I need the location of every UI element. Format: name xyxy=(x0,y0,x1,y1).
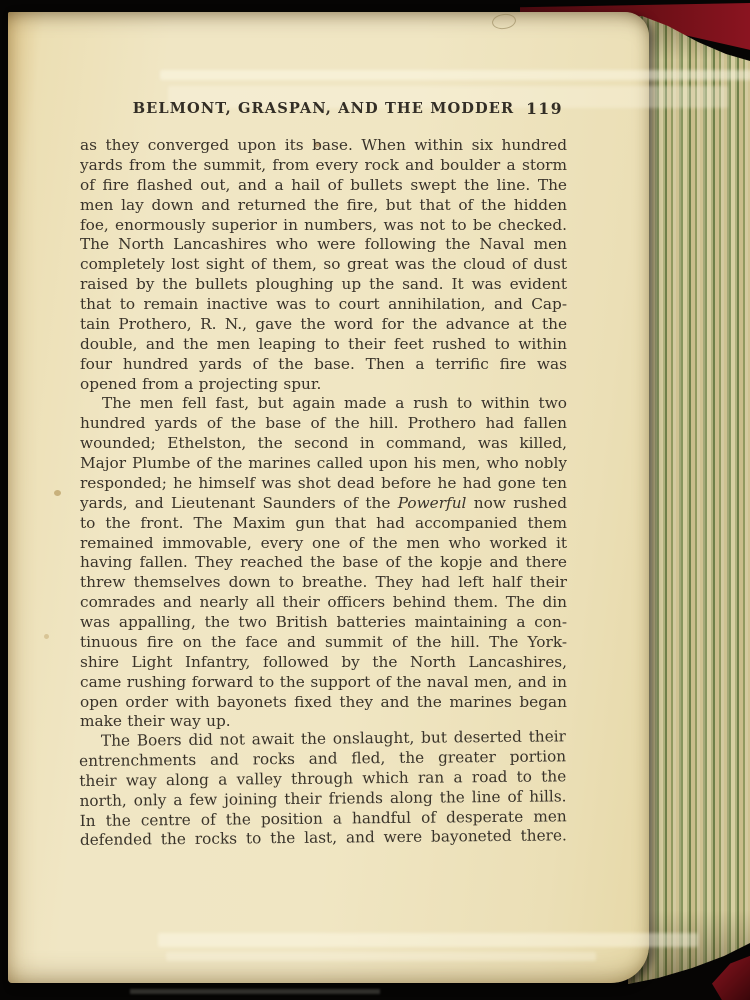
italic-text: Powerful xyxy=(398,494,467,512)
text-line: hundred yards of the base of the hill. P… xyxy=(80,414,567,434)
scan-artifact-ring xyxy=(491,12,517,30)
text-segment: now rushed xyxy=(466,494,567,512)
paragraph: The men fell fast, but again made a rush… xyxy=(80,394,567,732)
text-line: having fallen. They reached the base of … xyxy=(80,553,567,573)
text-line: to the front. The Maxim gun that had acc… xyxy=(80,514,567,534)
text-line: of fire flashed out, and a hail of bulle… xyxy=(80,176,567,196)
text-line: remained immovable, every one of the men… xyxy=(80,534,567,554)
foxing-spot xyxy=(44,634,49,639)
text-line: shire Light Infantry, followed by the No… xyxy=(80,653,567,673)
body-text: as they converged upon its base. When wi… xyxy=(80,136,567,852)
text-line: came rushing forward to the support of t… xyxy=(80,673,567,693)
text-line: four hundred yards of the base. Then a t… xyxy=(80,355,567,375)
chapter-title: BELMONT, GRASPAN, AND THE MODDER xyxy=(80,98,567,120)
book-page: BELMONT, GRASPAN, AND THE MODDER 119 as … xyxy=(8,12,649,983)
text-line: wounded; Ethelston, the second in comman… xyxy=(80,434,567,454)
scan-artifact-smudge xyxy=(130,989,380,994)
text-line: open order with bayonets fixed they and … xyxy=(80,693,567,713)
scan-artifact-streak xyxy=(160,70,750,80)
text-line: yards, and Lieutenant Saunders of the Po… xyxy=(80,494,567,514)
scan-artifact-streak xyxy=(158,933,698,947)
text-line: defended the rocks to the last, and were… xyxy=(80,827,567,852)
text-line: was appalling, the two British batteries… xyxy=(80,613,567,633)
text-line: tain Prothero, R. N., gave the word for … xyxy=(80,315,567,335)
paragraph: as they converged upon its base. When wi… xyxy=(80,136,567,394)
text-line: comrades and nearly all their officers b… xyxy=(80,593,567,613)
text-segment: yards, and Lieutenant Saunders of the xyxy=(80,494,398,512)
book-scan: BELMONT, GRASPAN, AND THE MODDER 119 as … xyxy=(0,0,750,1000)
text-line: yards from the summit, from every rock a… xyxy=(80,156,567,176)
text-line: tinuous fire on the face and summit of t… xyxy=(80,633,567,653)
page-number: 119 xyxy=(526,98,563,120)
foxing-spot xyxy=(54,490,61,496)
text-line: double, and the men leaping to their fee… xyxy=(80,335,567,355)
text-line: The men fell fast, but again made a rush… xyxy=(80,394,567,414)
text-line: that to remain inactive was to court ann… xyxy=(80,295,567,315)
text-line: threw themselves down to breathe. They h… xyxy=(80,573,567,593)
running-header: BELMONT, GRASPAN, AND THE MODDER 119 xyxy=(80,98,567,120)
text-line: opened from a projecting spur. xyxy=(80,375,567,395)
text-line: foe, enormously superior in numbers, was… xyxy=(80,216,567,236)
text-line: Major Plumbe of the marines called upon … xyxy=(80,454,567,474)
text-line: men lay down and returned the fire, but … xyxy=(80,196,567,216)
text-line: responded; he himself was shot dead befo… xyxy=(80,474,567,494)
text-line: raised by the bullets ploughing up the s… xyxy=(80,275,567,295)
text-line: completely lost sight of them, so great … xyxy=(80,255,567,275)
book-cover-bottom-edge xyxy=(712,952,750,1000)
paragraph: The Boers did not await the onslaught, b… xyxy=(79,728,567,852)
text-line: The North Lancashires who were following… xyxy=(80,235,567,255)
scan-artifact-streak xyxy=(166,952,596,961)
text-line: as they converged upon its base. When wi… xyxy=(80,136,567,156)
